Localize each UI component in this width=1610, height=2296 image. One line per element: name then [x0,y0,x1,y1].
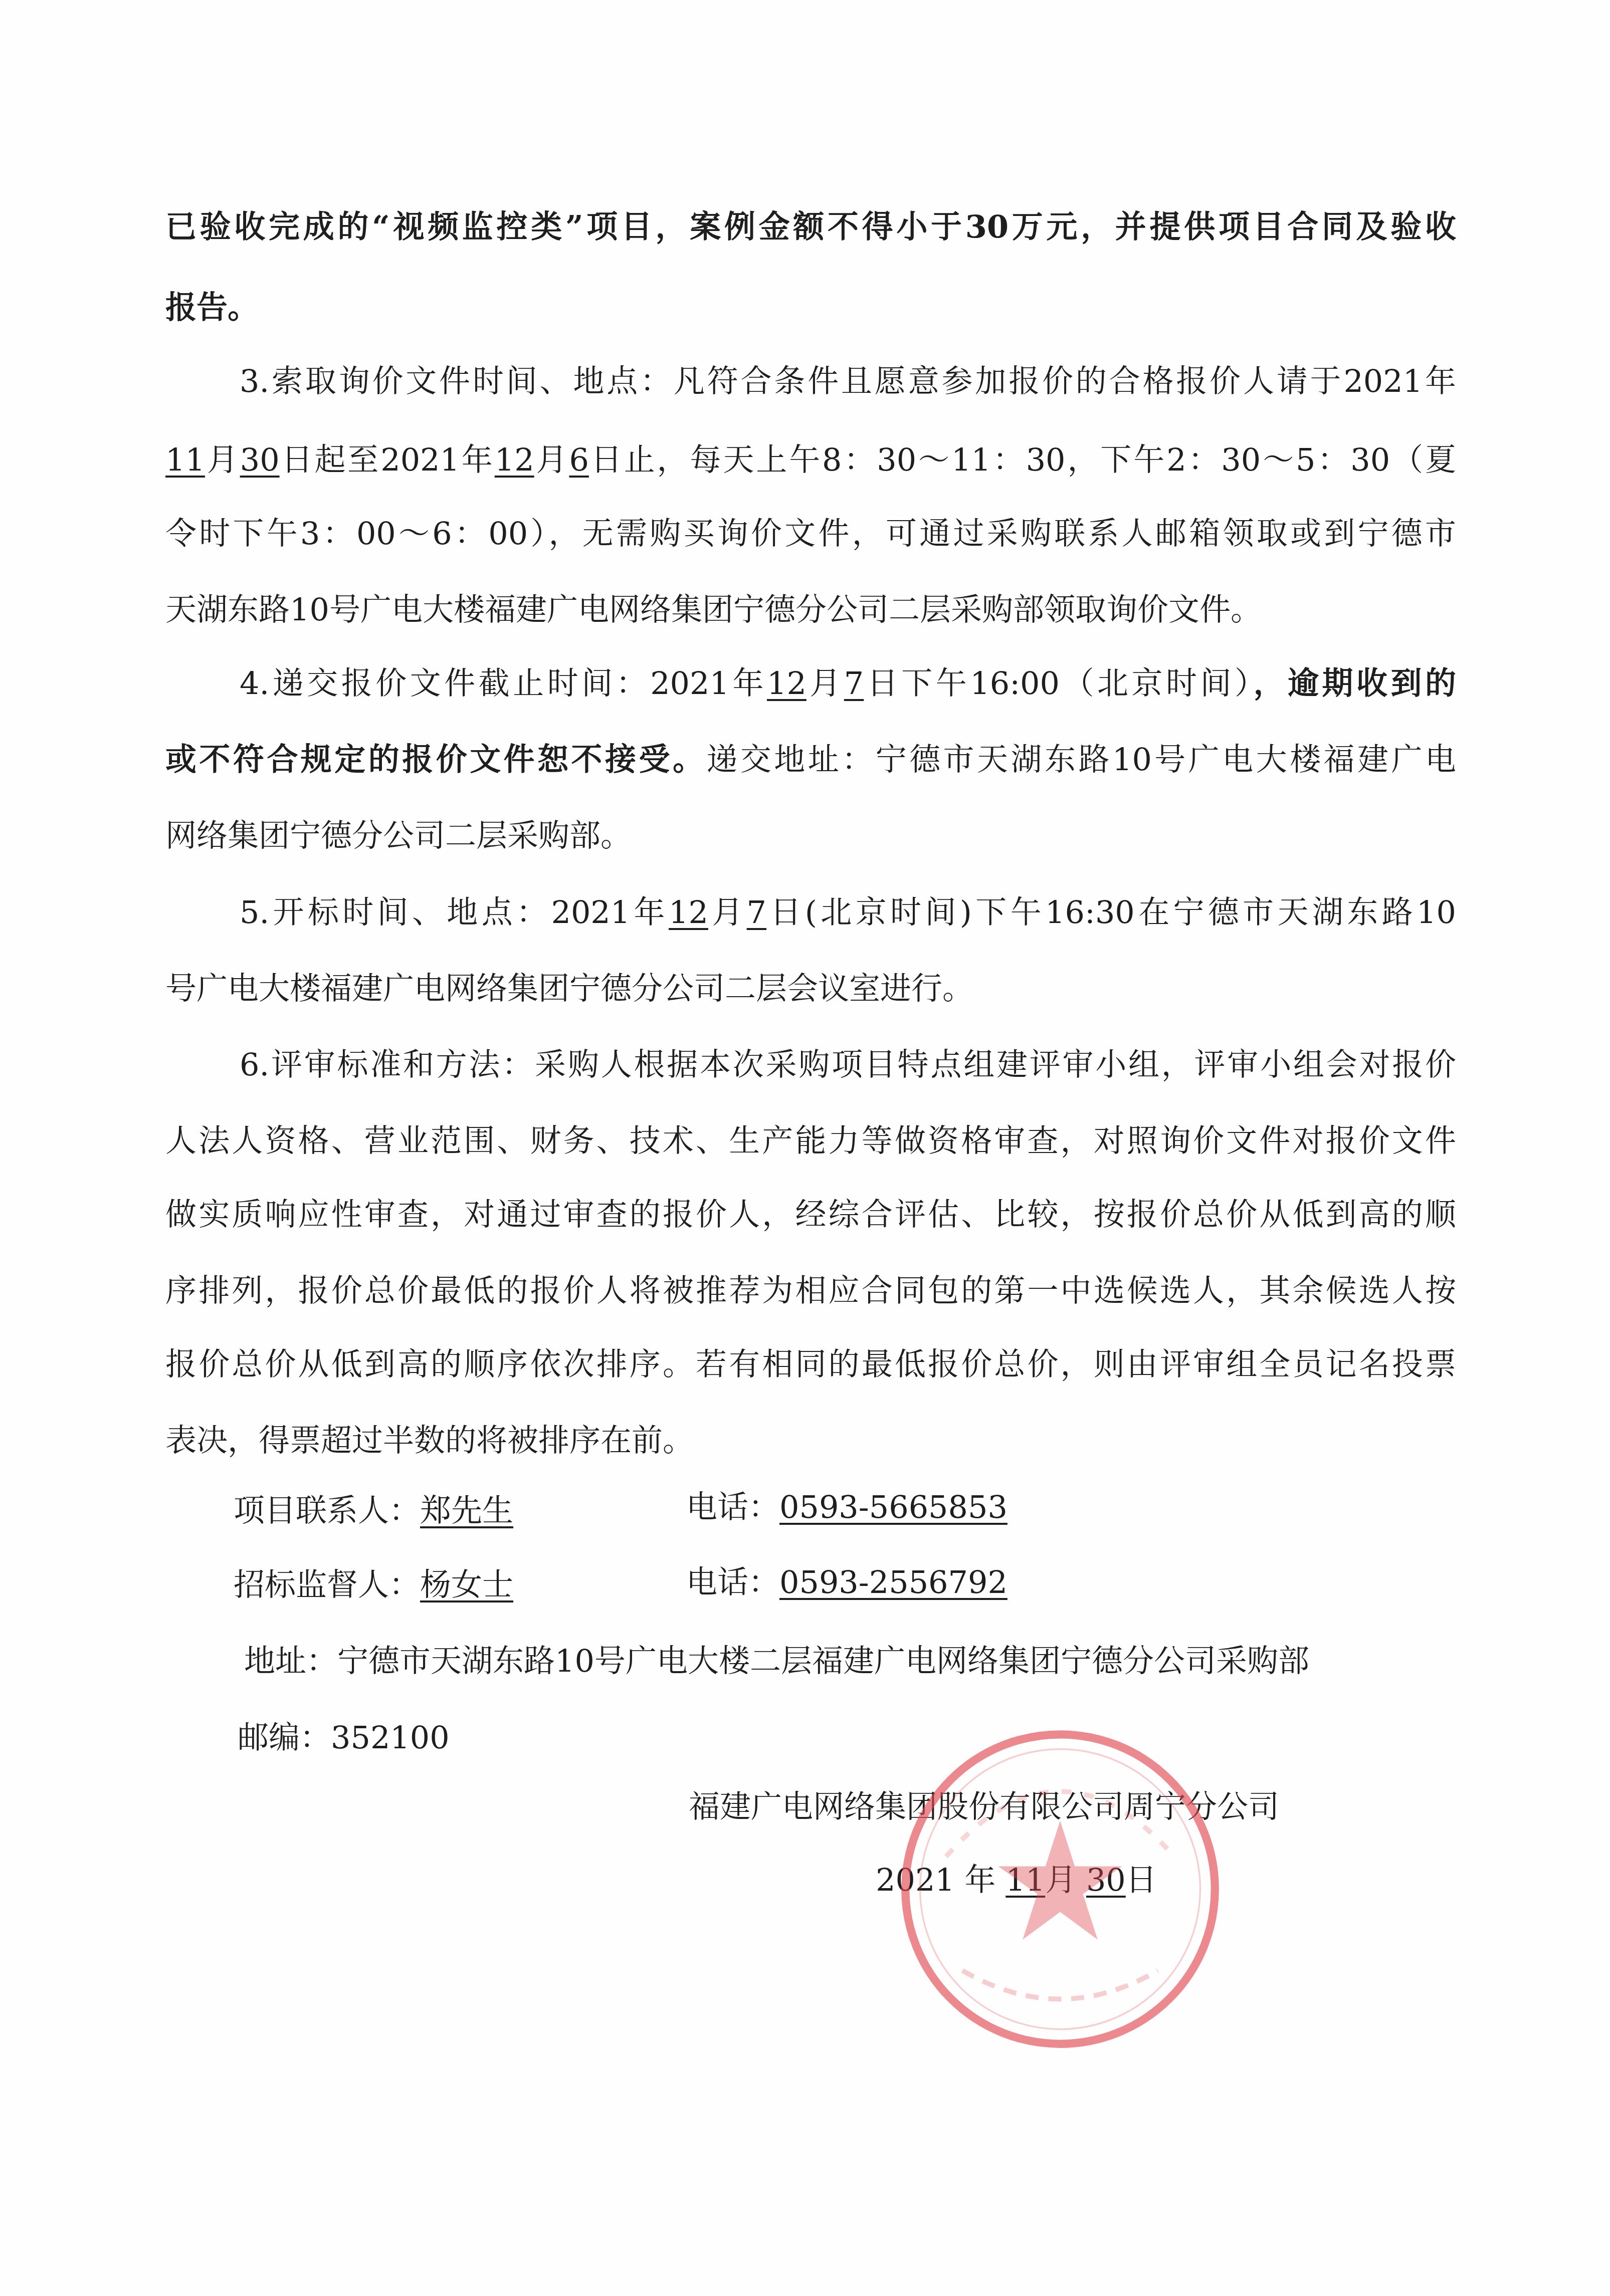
body-line: 报告。 [165,288,1456,328]
project-contact-row: 项目联系人：郑先生 [234,1491,513,1531]
date-day: 30 [1086,1862,1126,1898]
text-segment: 3.索取询价文件时间、地点：凡符合条件且愿意参加报价的合格报价人请于2021年 [240,363,1456,399]
text-segment: 令时下午3：00～6：00），无需购买询价文件，可通过采购联系人邮箱领取或到宁德… [165,515,1456,552]
underlined-value: 12 [669,894,708,931]
body-line: 4.递交报价文件截止时间：2021年12月7日下午16:00（北京时间），逾期收… [240,663,1456,704]
underlined-value: 11 [165,441,205,478]
date-day-unit: 日 [1126,1862,1157,1898]
text-segment: 网络集团宁德分公司二层采购部。 [165,817,632,854]
supervisor-phone-label: 电话： [686,1564,779,1600]
project-contact-name: 郑先生 [420,1492,513,1529]
text-segment: 做实质响应性审查，对通过审查的报价人，经综合评估、比较，按报价总价从低到高的顺 [165,1196,1456,1233]
text-segment: 或不符合规定的报价文件恕不接受。 [165,741,706,778]
body-line: 序排列，报价总价最低的报价人将被推荐为相应合同包的第一中选候选人，其余候选人按 [165,1271,1456,1311]
text-segment: 号广电大楼福建广电网络集团宁德分公司二层会议室进行。 [165,970,973,1007]
date-year-unit: 年 [965,1862,996,1898]
text-segment: 5.开标时间、地点：2021年 [240,894,669,931]
project-phone-row: 电话：0593-5665853 [686,1487,1008,1527]
text-segment: 人法人资格、营业范围、财务、技术、生产能力等做资格审查，对照询价文件对报价文件 [165,1122,1456,1159]
postcode-value: 352100 [331,1719,450,1756]
body-line: 人法人资格、营业范围、财务、技术、生产能力等做资格审查，对照询价文件对报价文件 [165,1121,1456,1161]
body-line: 3.索取询价文件时间、地点：凡符合条件且愿意参加报价的合格报价人请于2021年 [240,361,1456,401]
body-line: 或不符合规定的报价文件恕不接受。递交地址：宁德市天湖东路10号广电大楼福建广电 [165,740,1456,780]
body-line: 5.开标时间、地点：2021年12月7日(北京时间)下午16:30在宁德市天湖东… [240,892,1456,933]
text-segment: 日下午16:00（北京时间） [864,665,1253,702]
body-line: 表决，得票超过半数的将被排序在前。 [165,1421,1456,1461]
body-line: 天湖东路10号广电大楼福建广电网络集团宁德分公司二层采购部领取询价文件。 [165,590,1456,630]
underlined-value: 30 [240,441,280,478]
body-line: 号广电大楼福建广电网络集团宁德分公司二层会议室进行。 [165,969,1456,1009]
supervisor-phone-number: 0593-2556792 [779,1564,1008,1600]
underlined-value: 12 [495,441,534,478]
text-segment: 已验收完成的“视频监控类”项目，案例金额不得小于30万元，并提供项目合同及验收 [165,208,1456,245]
body-line: 网络集团宁德分公司二层采购部。 [165,816,1456,856]
text-segment: 天湖东路10号广电大楼福建广电网络集团宁德分公司二层采购部领取询价文件。 [165,591,1262,628]
project-contact-label: 项目联系人： [234,1492,420,1529]
supervisor-label: 招标监督人： [234,1566,420,1603]
supervisor-row: 招标监督人：杨女士 [234,1565,513,1605]
text-segment: 递交地址：宁德市天湖东路10号广电大楼福建广电 [706,741,1456,778]
text-segment: 月 [708,894,747,931]
body-line: 做实质响应性审查，对通过审查的报价人，经综合评估、比较，按报价总价从低到高的顺 [165,1195,1456,1235]
signature-date: 2021 年 11月 30日 [876,1860,1157,1900]
text-segment: 月 [534,441,569,478]
text-segment: 报价总价从低到高的顺序依次排序。若有相同的最低报价总价，则由评审组全员记名投票 [165,1346,1456,1383]
project-phone-number: 0593-5665853 [779,1489,1008,1525]
text-segment: 报告。 [165,289,259,326]
address-row: 地址：宁德市天湖东路10号广电大楼二层福建广电网络集团宁德分公司采购部 [244,1641,1309,1681]
text-segment: 月 [807,665,844,702]
text-segment: 6.评审标准和方法：采购人根据本次采购项目特点组建评审小组，评审小组会对报价 [240,1046,1456,1083]
text-segment: 表决，得票超过半数的将被排序在前。 [165,1422,694,1459]
text-segment: 日止，每天上午8：30～11：30，下午2：30～5：30（夏 [589,441,1456,478]
supervisor-name: 杨女士 [420,1566,513,1603]
text-segment: 日起至2021年 [280,441,495,478]
text-segment: ，逾期收到的 [1253,665,1456,702]
body-line: 已验收完成的“视频监控类”项目，案例金额不得小于30万元，并提供项目合同及验收 [165,207,1456,247]
date-month-unit: 月 [1045,1862,1076,1898]
project-phone-label: 电话： [686,1489,779,1525]
text-segment: 4.递交报价文件截止时间：2021年 [240,665,767,702]
body-line: 令时下午3：00～6：00），无需购买询价文件，可通过采购联系人邮箱领取或到宁德… [165,514,1456,554]
text-segment: 日(北京时间)下午16:30在宁德市天湖东路10 [766,894,1456,931]
postcode-row: 邮编：352100 [238,1718,450,1758]
address-value: 宁德市天湖东路10号广电大楼二层福建广电网络集团宁德分公司采购部 [337,1643,1309,1679]
body-line: 报价总价从低到高的顺序依次排序。若有相同的最低报价总价，则由评审组全员记名投票 [165,1344,1456,1385]
text-segment: 序排列，报价总价最低的报价人将被推荐为相应合同包的第一中选候选人，其余候选人按 [165,1272,1456,1309]
body-line: 6.评审标准和方法：采购人根据本次采购项目特点组建评审小组，评审小组会对报价 [240,1045,1456,1085]
postcode-label: 邮编： [238,1719,331,1756]
address-label: 地址： [244,1643,337,1679]
underlined-value: 6 [569,441,588,478]
document-page: 已验收完成的“视频监控类”项目，案例金额不得小于30万元，并提供项目合同及验收报… [0,0,1610,2296]
underlined-value: 7 [747,894,766,931]
underlined-value: 12 [767,665,807,702]
text-segment: 月 [205,441,240,478]
date-month: 11 [1005,1862,1045,1898]
date-year: 2021 [876,1862,955,1898]
signature-company: 福建广电网络集团股份有限公司周宁分公司 [689,1787,1279,1827]
underlined-value: 7 [844,665,864,702]
body-line: 11月30日起至2021年12月6日止，每天上午8：30～11：30，下午2：3… [165,440,1456,480]
supervisor-phone-row: 电话：0593-2556792 [686,1562,1008,1602]
